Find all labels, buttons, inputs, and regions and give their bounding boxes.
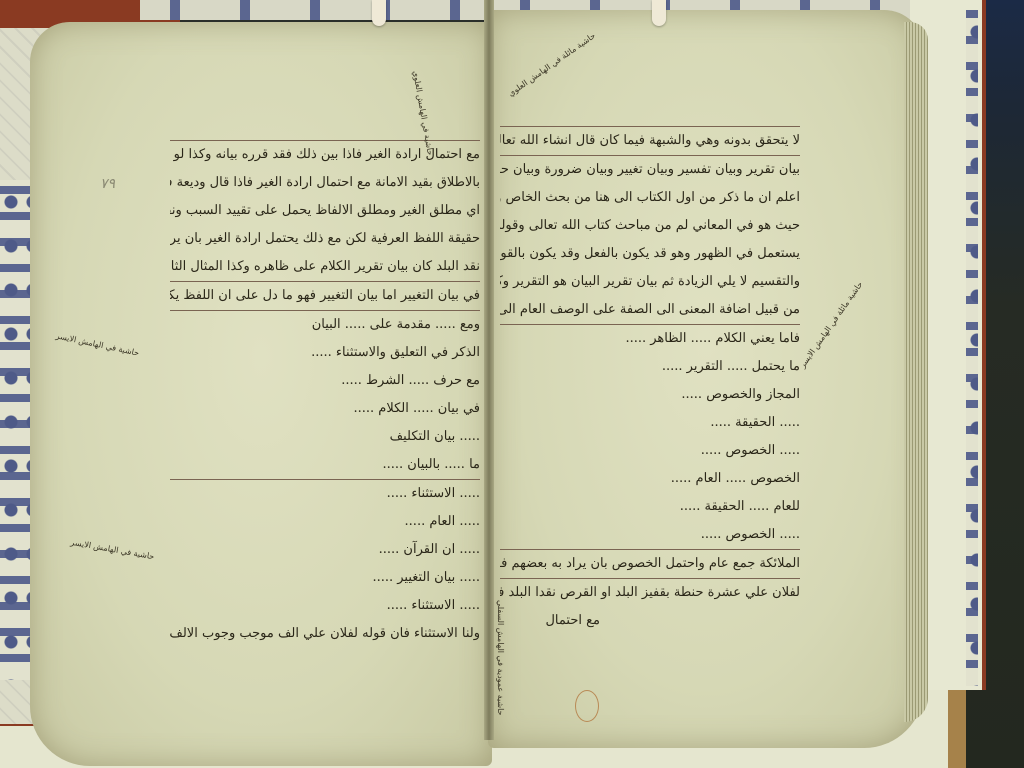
seal-mark	[575, 690, 599, 722]
text-line: اي مطلق الغير ومطلق الالفاظ يحمل على تقي…	[170, 197, 480, 225]
text-line: مع احتمال	[510, 607, 600, 635]
text-line: الملائكة جمع عام واحتمل الخصوص بان يراد …	[500, 549, 800, 578]
text-line: ..... الخصوص .....	[500, 521, 800, 549]
text-line: ..... الاستثناء .....	[170, 592, 480, 620]
text-line: يستعمل في الظهور وهو قد يكون بالفعل وقد …	[500, 240, 800, 268]
right-endpaper-pattern	[966, 10, 978, 686]
folio-number: ٧٩	[100, 176, 115, 192]
text-line: للعام ..... الحقيقة .....	[500, 493, 800, 521]
text-line: ..... بيان التغيير .....	[170, 564, 480, 592]
text-line: الخصوص ..... العام .....	[500, 465, 800, 493]
text-line: لفلان علي عشرة حنطة بقفيز البلد او القرص…	[500, 578, 800, 607]
bookmark-tab-left	[372, 0, 386, 26]
text-line: بالاطلاق بقيد الامانة مع احتمال ارادة ال…	[170, 169, 480, 197]
text-line: مع حرف ..... الشرط .....	[170, 367, 480, 395]
text-line: ما يحتمل ..... التقرير .....	[500, 353, 800, 381]
text-line: ..... الاستثناء .....	[170, 479, 480, 508]
text-line: فاما يعني الكلام ..... الظاهر .....	[500, 324, 800, 353]
text-line: نقد البلد كان بيان تقرير الكلام على ظاهر…	[170, 253, 480, 281]
text-line: حيث هو في المعاني لم من مباحث كتاب الله …	[500, 212, 800, 240]
left-endpaper-pattern	[0, 180, 34, 680]
bookmark-tab-right	[652, 0, 666, 26]
text-line: ..... العام .....	[170, 508, 480, 536]
page-block-edge	[904, 22, 928, 722]
right-page-text: لا يتحقق بدونه وهي والشبهة فيما كان قال …	[500, 126, 800, 635]
text-line: ما ..... بالبيان .....	[170, 451, 480, 479]
text-line: الذكر في التعليق والاستثناء .....	[170, 339, 480, 367]
text-line: ..... بيان التكليف	[170, 423, 480, 451]
text-line: ..... ان القرآن .....	[170, 536, 480, 564]
text-line: في بيان ..... الكلام .....	[170, 395, 480, 423]
text-line: ولنا الاستثناء فان قوله لفلان علي الف مو…	[170, 620, 480, 648]
text-line: ..... الخصوص .....	[500, 437, 800, 465]
text-line: لا يتحقق بدونه وهي والشبهة فيما كان قال …	[500, 126, 800, 155]
text-line: من قبيل اضافة المعنى الى الصفة على الوصف…	[500, 296, 800, 324]
gutter	[484, 0, 494, 740]
text-line: ..... الحقيقة .....	[500, 409, 800, 437]
margin-note-bottom-vertical: حاشية عمودية في الهامش السفلي	[495, 600, 505, 716]
text-line: حقيقة اللفظ العرفية لكن مع ذلك يحتمل ارا…	[170, 225, 480, 253]
text-line: اعلم ان ما ذكر من اول الكتاب الى هنا من …	[500, 184, 800, 212]
text-line: والتقسيم لا يلي الزيادة ثم بيان تقرير ال…	[500, 268, 800, 296]
text-line: ومع ..... مقدمة على ..... البيان	[170, 310, 480, 339]
wooden-edge	[948, 690, 966, 768]
text-line: بيان تقرير وبيان تفسير وبيان تغيير وبيان…	[500, 155, 800, 184]
text-line: في بيان التغيير اما بيان التغيير فهو ما …	[170, 281, 480, 310]
left-page-text: مع احتمال ارادة الغير فاذا بين ذلك فقد ق…	[170, 140, 480, 648]
text-line: المجاز والخصوص .....	[500, 381, 800, 409]
